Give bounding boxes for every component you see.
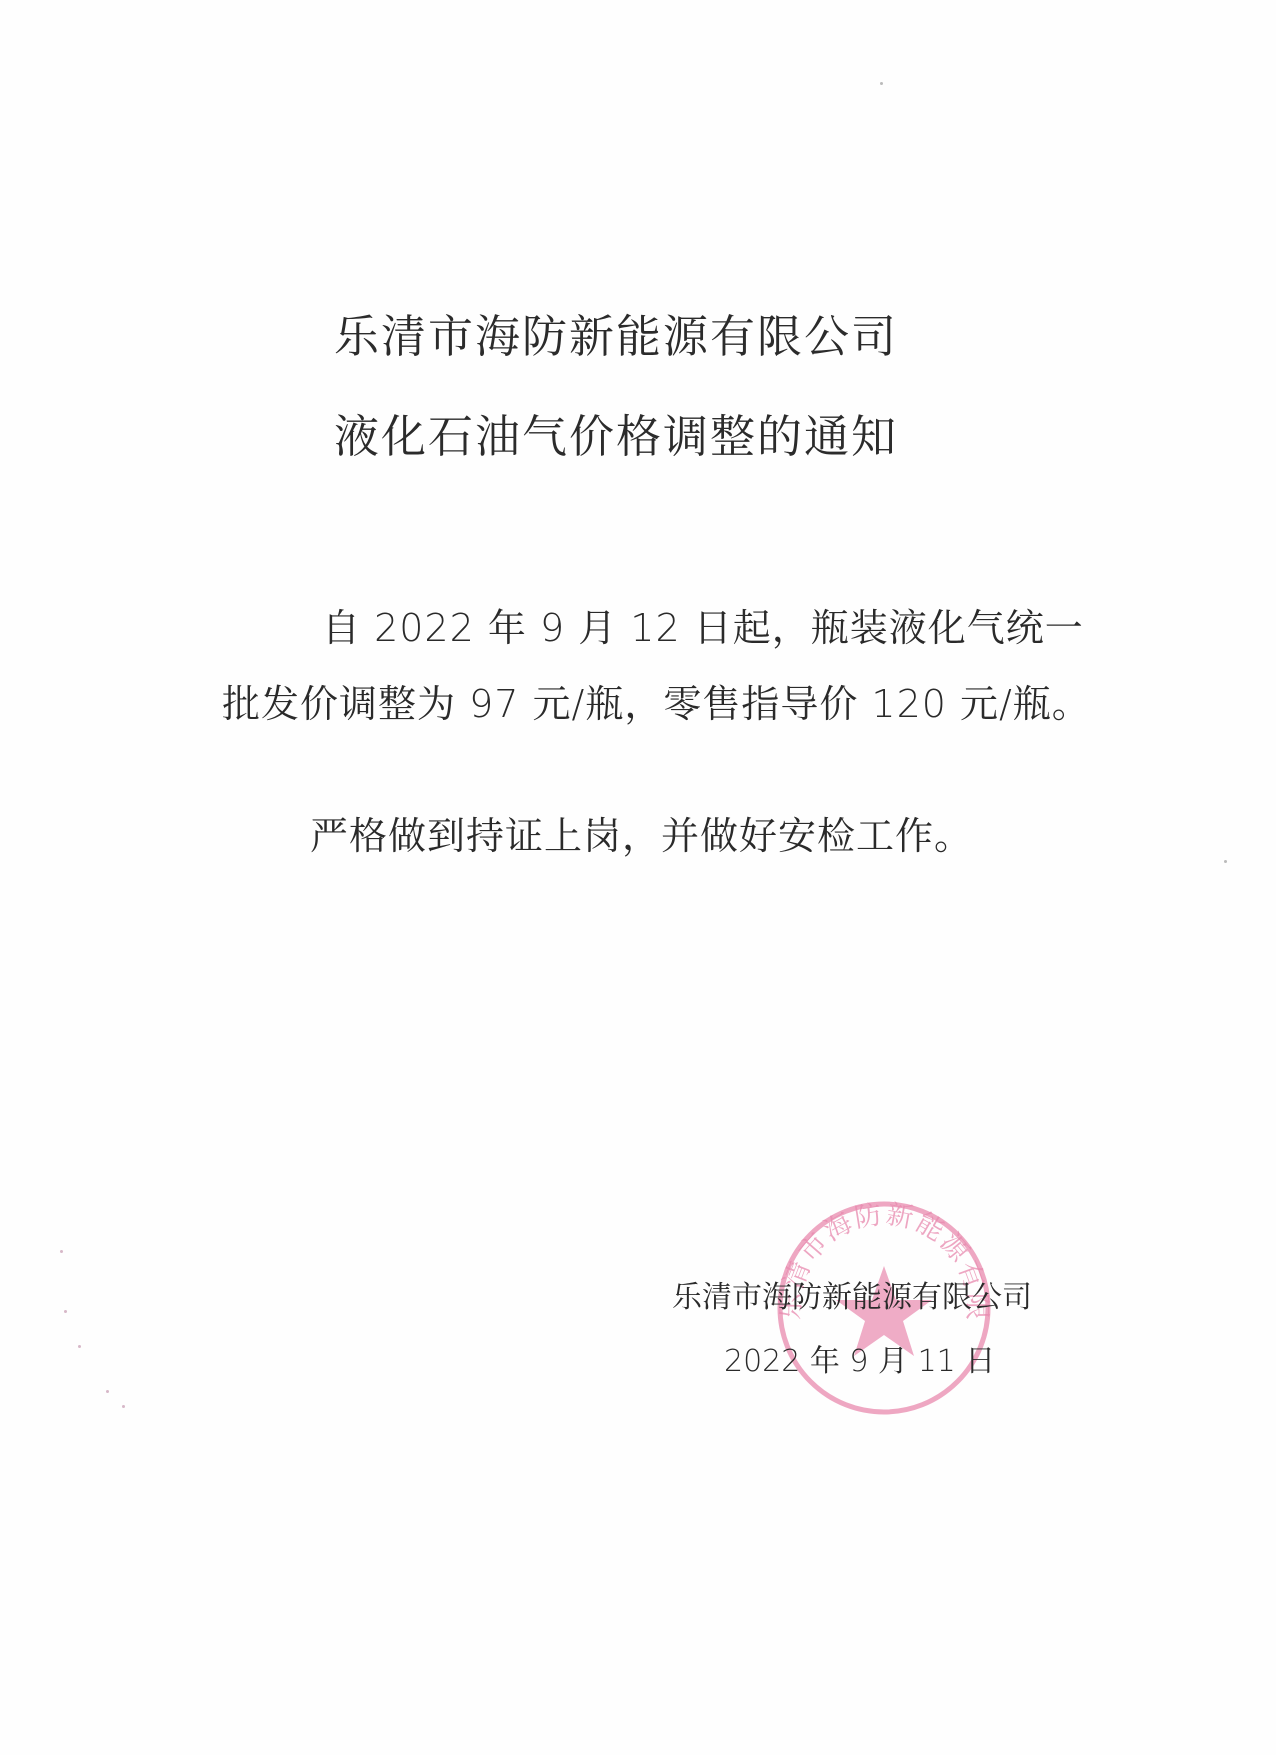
paragraph-price-adjustment: 自 2022 年 9 月 12 日起，瓶装液化气统一批发价调整为 97 元/瓶，… (222, 590, 1092, 742)
title-notice: 液化石油气价格调整的通知 (0, 400, 1254, 465)
scan-speck (60, 1250, 63, 1253)
paragraph-safety-requirement: 严格做到持证上岗，并做好安检工作。 (222, 798, 1092, 874)
scan-speck (1224, 860, 1227, 863)
scan-speck (122, 1405, 125, 1408)
scan-speck (106, 1390, 109, 1393)
signature-date: 2022 年 9 月 11 日 (724, 1336, 995, 1380)
scan-speck (64, 1310, 67, 1313)
scan-speck (78, 1345, 81, 1348)
scan-speck (880, 82, 883, 85)
scanned-page: 乐清市海防新能源有限公司 液化石油气价格调整的通知 自 2022 年 9 月 1… (0, 0, 1276, 1755)
signature-organization: 乐清市海防新能源有限公司 (672, 1272, 1032, 1316)
title-company: 乐清市海防新能源有限公司 (0, 300, 1254, 365)
